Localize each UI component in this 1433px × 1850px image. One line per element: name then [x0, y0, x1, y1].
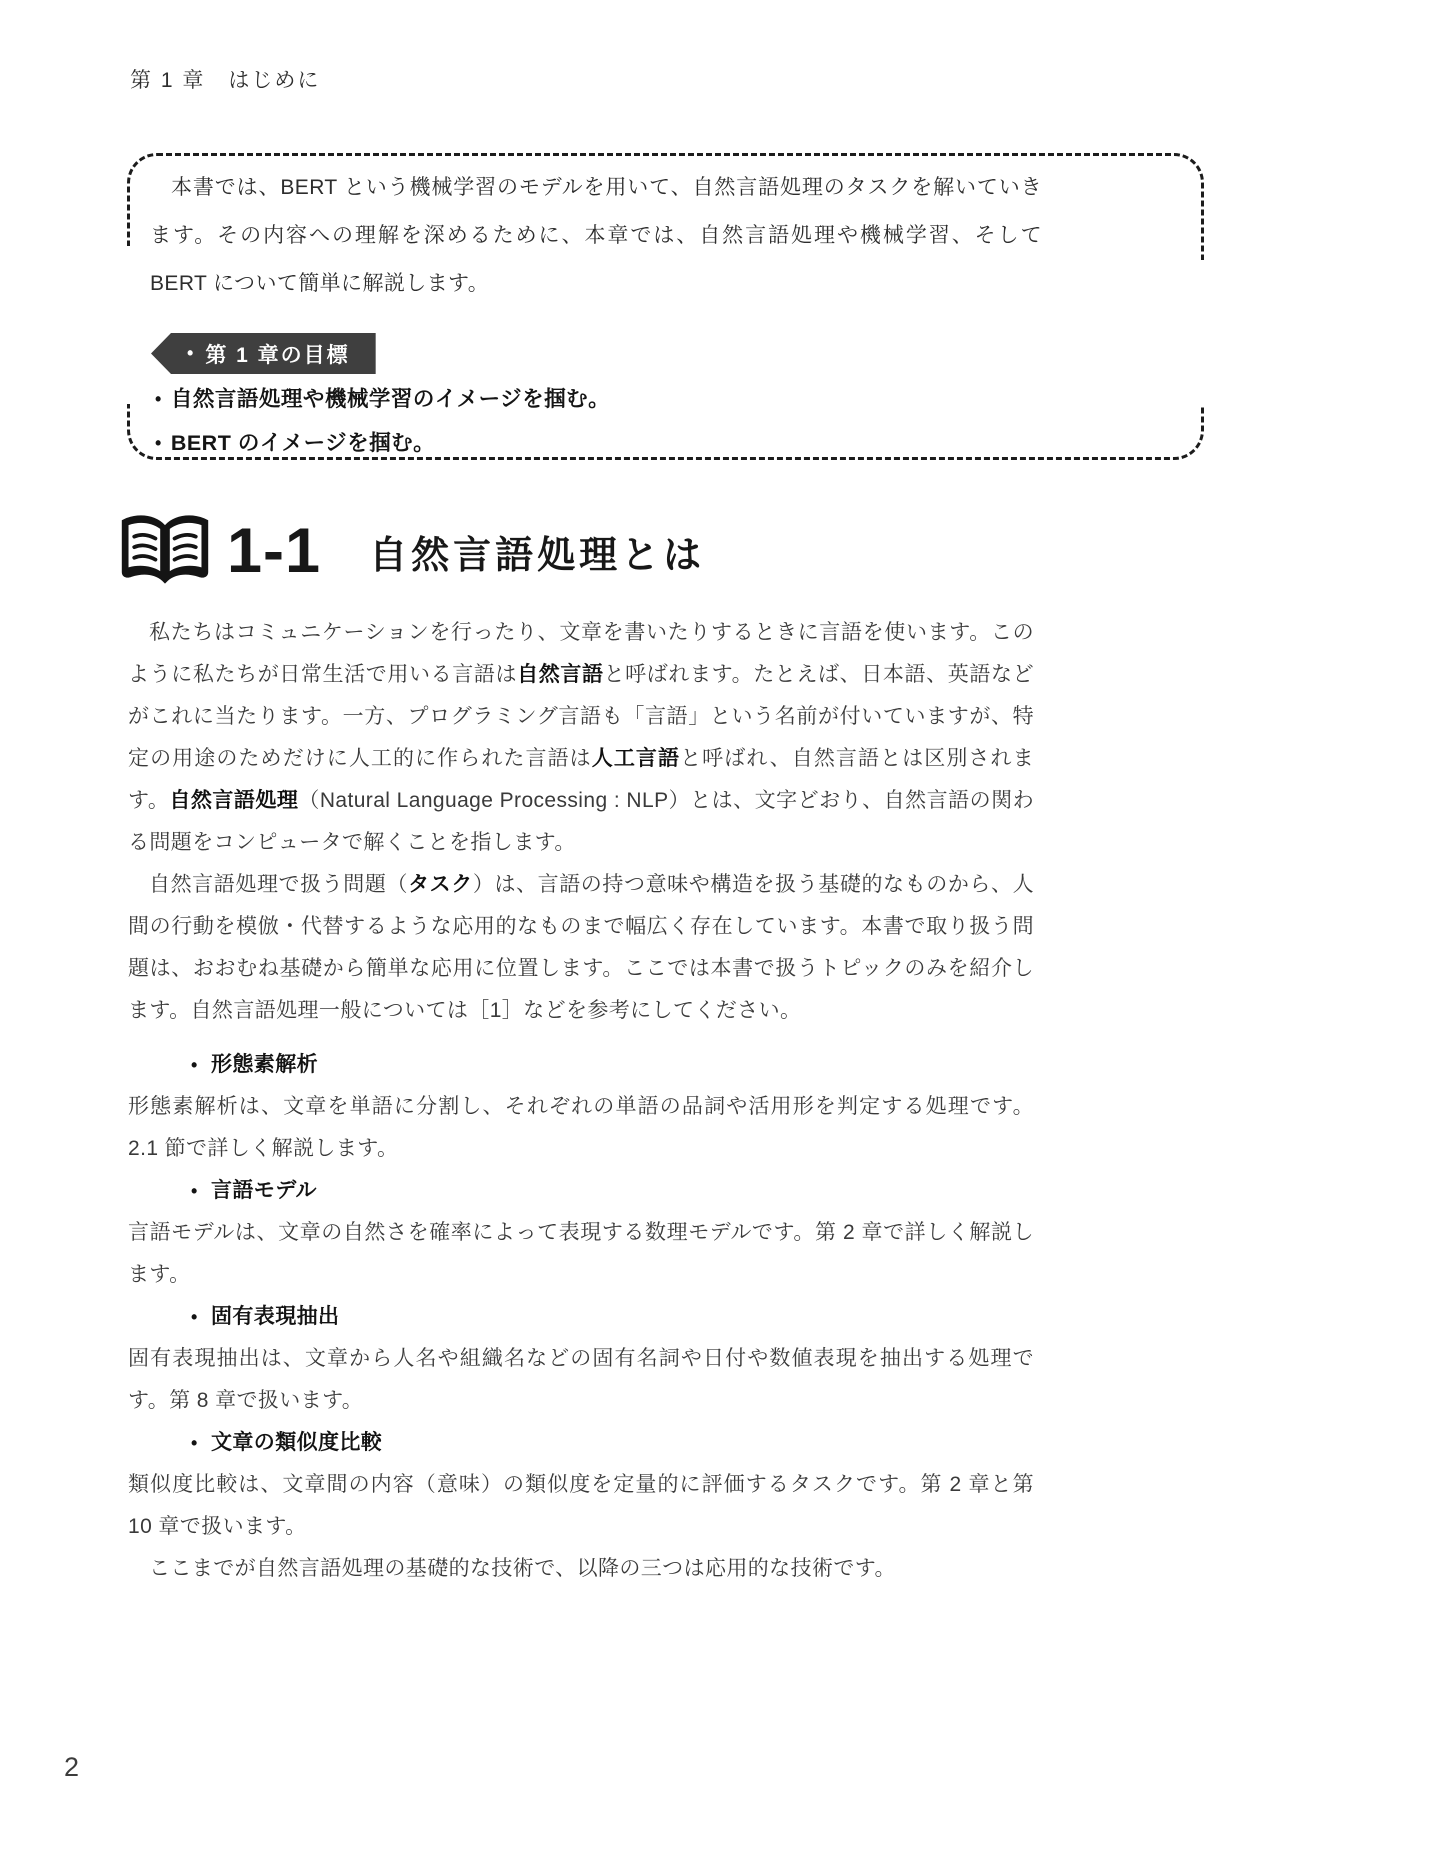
- dashed-border-gap-left: [126, 246, 136, 404]
- goal-item: •BERT のイメージを掴む。: [155, 421, 610, 465]
- paragraph: 私たちはコミュニケーションを行ったり、文章を書いたりするときに言語を使います。こ…: [128, 612, 1034, 864]
- task-title: •文章の類似度比較: [128, 1422, 1034, 1464]
- bullet-icon: •: [155, 389, 162, 409]
- section-heading: 1-1 自然言語処理とは: [117, 508, 705, 594]
- bullet-icon: •: [187, 343, 195, 364]
- chapter-intro-box: 本書では、BERT という機械学習のモデルを用いて、自然言語処理のタスクを解いて…: [127, 153, 1204, 460]
- chapter-goal-label-text: 第 1 章の目標: [205, 339, 349, 369]
- closing-paragraph: ここまでが自然言語処理の基礎的な技術で、以降の三つは応用的な技術です。: [128, 1548, 1034, 1590]
- open-book-icon: [117, 511, 213, 591]
- section-number: 1-1: [227, 515, 321, 587]
- task-list: •形態素解析 形態素解析は、文章を単語に分割し、それぞれの単語の品詞や活用形を判…: [128, 1044, 1034, 1548]
- chapter-goal-label: • 第 1 章の目標: [151, 333, 376, 374]
- running-head: 第 1 章 はじめに: [130, 64, 320, 94]
- task-description: 固有表現抽出は、文章から人名や組織名などの固有名詞や日付や数値表現を抽出する処理…: [128, 1338, 1034, 1422]
- task-title-text: 文章の類似度比較: [211, 1431, 382, 1454]
- paragraph: 自然言語処理で扱う問題（タスク）は、言語の持つ意味や構造を扱う基礎的なものから、…: [128, 864, 1034, 1032]
- bullet-icon: •: [155, 433, 162, 453]
- bullet-icon: •: [170, 1170, 198, 1212]
- text-run: 自然言語処理で扱う問題（: [149, 873, 408, 896]
- emphasized-term: 自然言語: [517, 663, 603, 686]
- emphasized-term: 人工言語: [592, 747, 680, 770]
- goal-item-text: 自然言語処理や機械学習のイメージを掴む。: [171, 387, 610, 411]
- chapter-intro-paragraph: 本書では、BERT という機械学習のモデルを用いて、自然言語処理のタスクを解いて…: [150, 164, 1042, 308]
- page-number: 2: [64, 1752, 79, 1783]
- task-description: 類似度比較は、文章間の内容（意味）の類似度を定量的に評価するタスクです。第 2 …: [128, 1464, 1034, 1548]
- task-title-text: 固有表現抽出: [211, 1305, 339, 1328]
- bullet-icon: •: [170, 1296, 198, 1338]
- goal-item-text: BERT のイメージを掴む。: [171, 431, 435, 455]
- task-title: •言語モデル: [128, 1170, 1034, 1212]
- task-title: •固有表現抽出: [128, 1296, 1034, 1338]
- task-title-text: 形態素解析: [211, 1053, 318, 1076]
- task-description: 形態素解析は、文章を単語に分割し、それぞれの単語の品詞や活用形を判定する処理です…: [128, 1086, 1034, 1170]
- bullet-icon: •: [170, 1044, 198, 1086]
- task-title-text: 言語モデル: [211, 1179, 317, 1202]
- task-description: 言語モデルは、文章の自然さを確率によって表現する数理モデルです。第 2 章で詳し…: [128, 1212, 1034, 1296]
- bullet-icon: •: [170, 1422, 198, 1464]
- task-title: •形態素解析: [128, 1044, 1034, 1086]
- section-title: 自然言語処理とは: [369, 524, 705, 579]
- emphasized-term: タスク: [408, 873, 473, 896]
- book-page: 第 1 章 はじめに 本書では、BERT という機械学習のモデルを用いて、自然言…: [0, 0, 1433, 1850]
- body-text: 私たちはコミュニケーションを行ったり、文章を書いたりするときに言語を使います。こ…: [128, 612, 1034, 1590]
- chapter-goal-list: •自然言語処理や機械学習のイメージを掴む。 •BERT のイメージを掴む。: [155, 377, 610, 465]
- dashed-border-gap-right: [1195, 260, 1205, 406]
- emphasized-term: 自然言語処理: [169, 789, 298, 812]
- goal-item: •自然言語処理や機械学習のイメージを掴む。: [155, 377, 610, 421]
